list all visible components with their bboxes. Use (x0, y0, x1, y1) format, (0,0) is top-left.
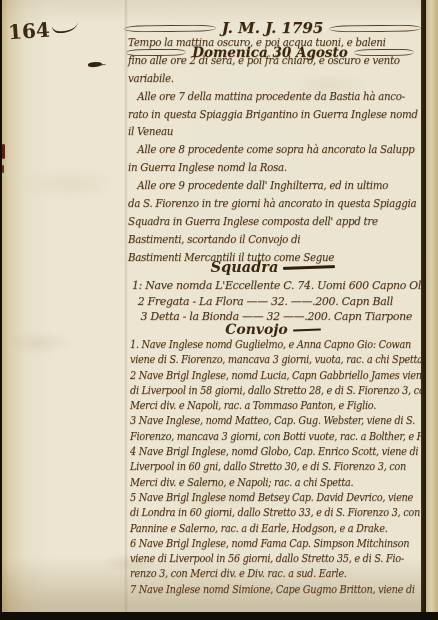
manuscript-line: Liverpool in 60 gni, dallo Stretto 30, e… (130, 459, 396, 474)
manuscript-line: Squadra in Guerra Inglese composta dell'… (128, 213, 401, 231)
manuscript-line: il Veneau (128, 123, 401, 141)
squadron-ship-list: 1: Nave nomda L'Eccellente C. 74. Uomi 6… (132, 278, 421, 325)
manuscript-line: 4 Nave Brigl Inglese, nomd Globo, Cap. E… (130, 444, 396, 459)
manuscript-line: Alle ore 7 della mattina procedente da B… (128, 88, 401, 106)
ink-smudge (88, 61, 102, 67)
squadron-title-text: Squadra (211, 259, 279, 276)
scanned-book-background: 164 J. M. J. 1795 Domenica 30 Agosto Tem… (0, 0, 438, 620)
manuscript-line: 1. Nave Inglese nomd Guglielmo, e Anna C… (130, 337, 396, 352)
manuscript-line: 3 Nave Inglese, nomd Matteo, Cap. Gug. W… (130, 413, 396, 428)
manuscript-line: 1: Nave nomda L'Eccellente C. 74. Uomi 6… (132, 278, 409, 294)
manuscript-line: Fiorenzo, mancava 3 giorni, con Botti vu… (130, 429, 396, 444)
manuscript-line: Bastimenti, scortando il Convojo di (128, 231, 401, 249)
manuscript-line: Alle ore 8 procedente come sopra hà anco… (128, 141, 401, 159)
manuscript-line: in Guerra Inglese nomd la Rosa. (128, 159, 401, 177)
manuscript-line: Tempo la mattina oscuro, e poi acqua tuo… (128, 34, 401, 52)
flourish-dash (283, 265, 335, 270)
squadron-section-title: Squadra (128, 259, 418, 276)
convoy-ship-list: 1. Nave Inglese nomd Guglielmo, e Anna C… (130, 337, 421, 597)
flourish-rule-right (329, 24, 421, 32)
manuscript-line: 2 Fregata - La Flora —— 32. ——.200. Capn… (132, 294, 409, 310)
manuscript-line: fino alle ore 2 di sera, e poi frà chiar… (128, 52, 401, 70)
journal-entry-paragraphs: Tempo la mattina oscuro, e poi acqua tuo… (128, 34, 421, 267)
manuscript-page: 164 J. M. J. 1795 Domenica 30 Agosto Tem… (2, 0, 421, 612)
manuscript-line: 2 Nave Brigl Inglese, nomd Lucia, Capn G… (130, 368, 396, 383)
folio-number-text: 164 (7, 18, 50, 45)
manuscript-line: Pannine e Salerno, rac. a di Earle, Hodg… (130, 521, 396, 536)
folio-number: 164 (7, 16, 78, 45)
manuscript-line: viene di S. Fiorenzo, mancava 3 giorni, … (130, 352, 396, 367)
manuscript-line: variabile. (128, 70, 401, 88)
manuscript-line: da S. Fiorenzo in tre giorni hà ancorato… (128, 195, 401, 213)
manuscript-line: 5 Nave Brigl Inglese nomd Betsey Cap. Da… (130, 490, 396, 505)
flourish-rule-left (124, 24, 216, 32)
manuscript-line: di Londra in 60 giorni, dallo Stretto 33… (130, 505, 396, 520)
manuscript-line: 7 Nave Inglese nomd Simione, Cape Gugmo … (130, 582, 396, 597)
manuscript-line: 6 Nave Brigl Inglese, nomd Fama Cap. Sim… (130, 536, 396, 551)
adjacent-page-edge (426, 0, 438, 617)
convoy-section-title: Convojo (128, 322, 418, 338)
manuscript-line: Merci div. e Napoli, rac. a Tommaso Pant… (130, 398, 396, 413)
convoy-title-text: Convojo (225, 322, 288, 338)
edge-mark (2, 165, 4, 173)
book-bottom-edge (0, 612, 438, 620)
flourish-dash (293, 328, 321, 331)
manuscript-line: Merci div. e Salerno, e Napoli; rac. a c… (130, 475, 396, 490)
manuscript-line: di Liverpool in 58 giorni, dallo Stretto… (130, 383, 396, 398)
manuscript-line: rato in questa Spiaggia Brigantino in Gu… (128, 106, 401, 124)
edge-mark (2, 144, 5, 159)
manuscript-line: viene di Liverpool in 56 giorni, dallo S… (130, 551, 396, 566)
manuscript-line: Alle ore 9 procedente dall' Inghilterra,… (128, 177, 401, 195)
pen-swash (51, 19, 78, 34)
manuscript-line: renzo 3, con Merci div. e Div. rac. a su… (130, 566, 396, 581)
